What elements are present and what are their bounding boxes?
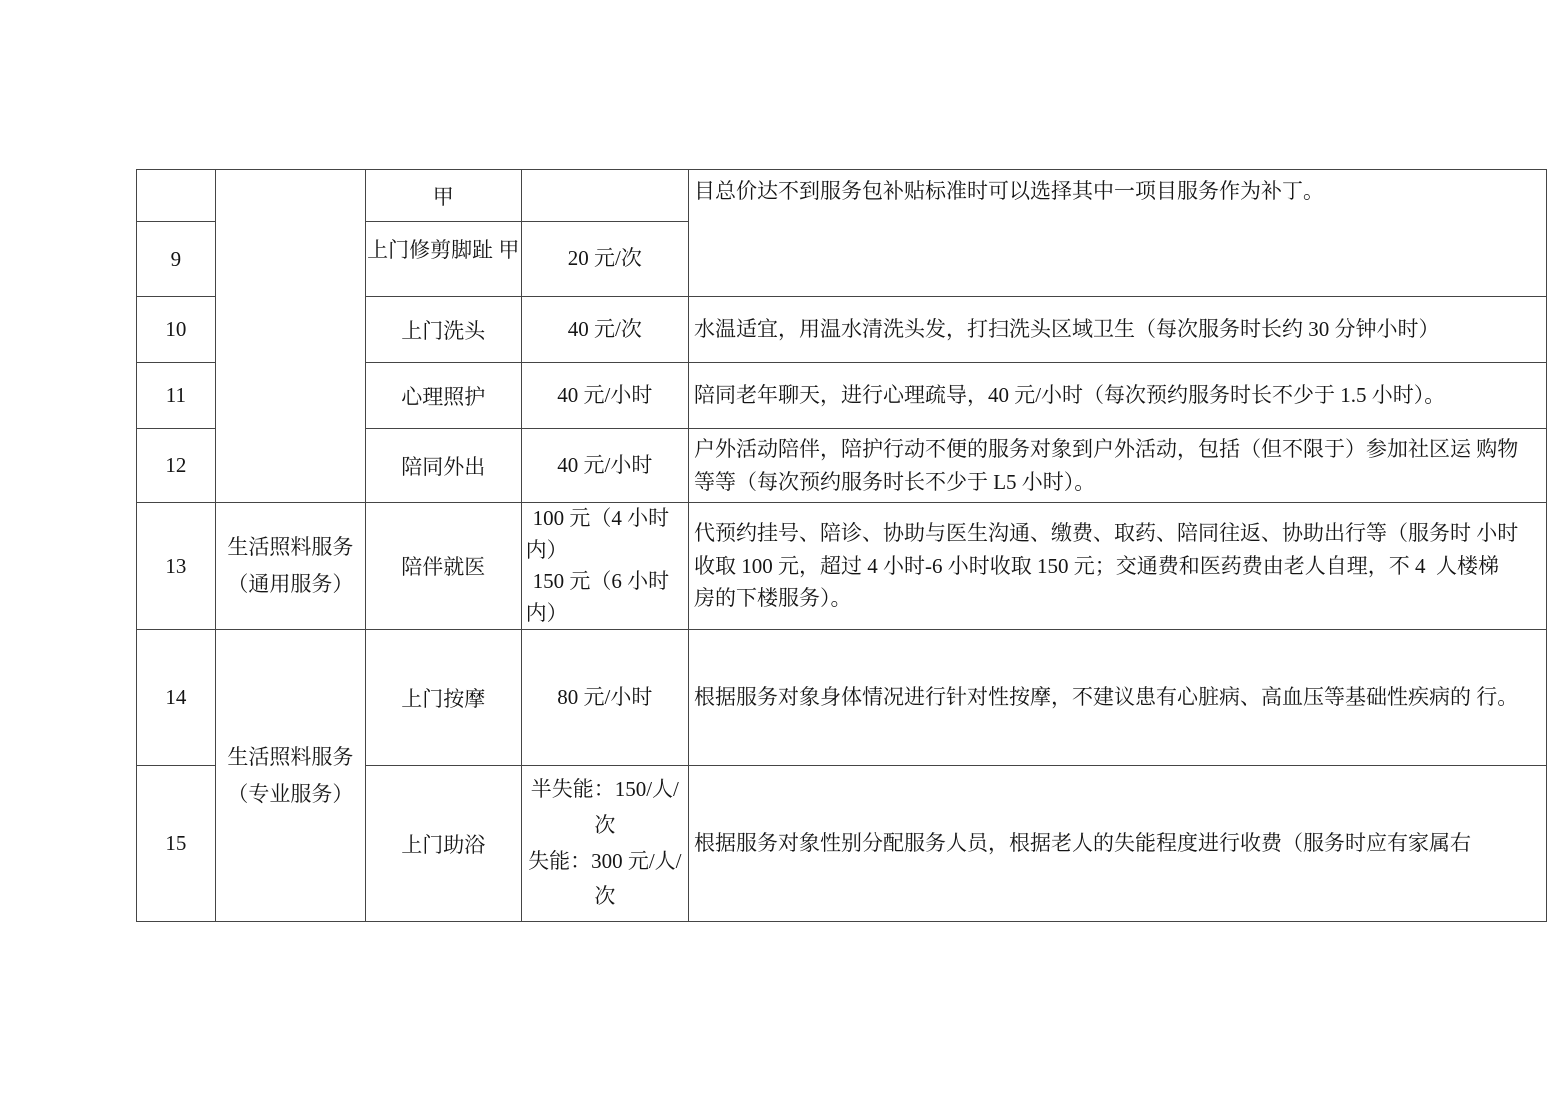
- cell-service-fragment: 甲: [365, 170, 521, 222]
- cell-price: 40 元/次: [521, 297, 688, 363]
- table-row-13: 13 生活照料服务（通用服务） 陪伴就医 100 元（4 小时内）150 元（6…: [137, 503, 1547, 630]
- cell-description: 代预约挂号、陪诊、协助与医生沟通、缴费、取药、陪同往返、协助出行等（服务时 小时…: [688, 503, 1546, 630]
- cell-category-general: 生活照料服务（通用服务）: [215, 503, 365, 630]
- cell-category-professional: 生活照料服务（专业服务）: [215, 630, 365, 922]
- cell-description: 户外活动陪伴，陪护行动不便的服务对象到户外活动，包括（但不限于）参加社区运 购物…: [688, 429, 1546, 503]
- cell-price: 40 元/小时: [521, 363, 688, 429]
- cell-service: 心理照护: [365, 363, 521, 429]
- service-price-table: 甲 目总价达不到服务包补贴标准时可以选择其中一项目服务作为补丁。 9 上门修剪脚…: [136, 169, 1547, 922]
- table-row-continuation: 甲 目总价达不到服务包补贴标准时可以选择其中一项目服务作为补丁。: [137, 170, 1547, 222]
- cell-no: 11: [137, 363, 216, 429]
- cell-service: 陪同外出: [365, 429, 521, 503]
- cell-category-empty: [215, 170, 365, 503]
- cell-no: 14: [137, 630, 216, 766]
- cell-description: 根据服务对象身体情况进行针对性按摩，不建议患有心脏病、高血压等基础性疾病的 行。: [688, 630, 1546, 766]
- cell-service: 陪伴就医: [365, 503, 521, 630]
- cell-service: 上门修剪脚趾 甲: [365, 222, 521, 297]
- cell-service: 上门助浴: [365, 766, 521, 922]
- table-row-14: 14 生活照料服务（专业服务） 上门按摩 80 元/小时 根据服务对象身体情况进…: [137, 630, 1547, 766]
- cell-price: 40 元/小时: [521, 429, 688, 503]
- cell-no: 9: [137, 222, 216, 297]
- cell-description-continuation: 目总价达不到服务包补贴标准时可以选择其中一项目服务作为补丁。: [688, 170, 1546, 297]
- cell-service: 上门按摩: [365, 630, 521, 766]
- cell-no-empty: [137, 170, 216, 222]
- cell-description: 根据服务对象性别分配服务人员，根据老人的失能程度进行收费（服务时应有家属右: [688, 766, 1546, 922]
- cell-price: 半失能：150/人/次失能：300 元/人/次: [521, 766, 688, 922]
- cell-description: 水温适宜，用温水清洗头发，打扫洗头区域卫生（每次服务时长约 30 分钟小时）: [688, 297, 1546, 363]
- cell-no: 12: [137, 429, 216, 503]
- cell-price-empty: [521, 170, 688, 222]
- cell-price: 100 元（4 小时内）150 元（6 小时内）: [521, 503, 688, 630]
- cell-no: 13: [137, 503, 216, 630]
- cell-description: 陪同老年聊天，进行心理疏导，40 元/小时（每次预约服务时长不少于 1.5 小时…: [688, 363, 1546, 429]
- cell-price: 80 元/小时: [521, 630, 688, 766]
- cell-no: 10: [137, 297, 216, 363]
- cell-no: 15: [137, 766, 216, 922]
- document-page: 甲 目总价达不到服务包补贴标准时可以选择其中一项目服务作为补丁。 9 上门修剪脚…: [0, 0, 1547, 1094]
- cell-price: 20 元/次: [521, 222, 688, 297]
- cell-service: 上门洗头: [365, 297, 521, 363]
